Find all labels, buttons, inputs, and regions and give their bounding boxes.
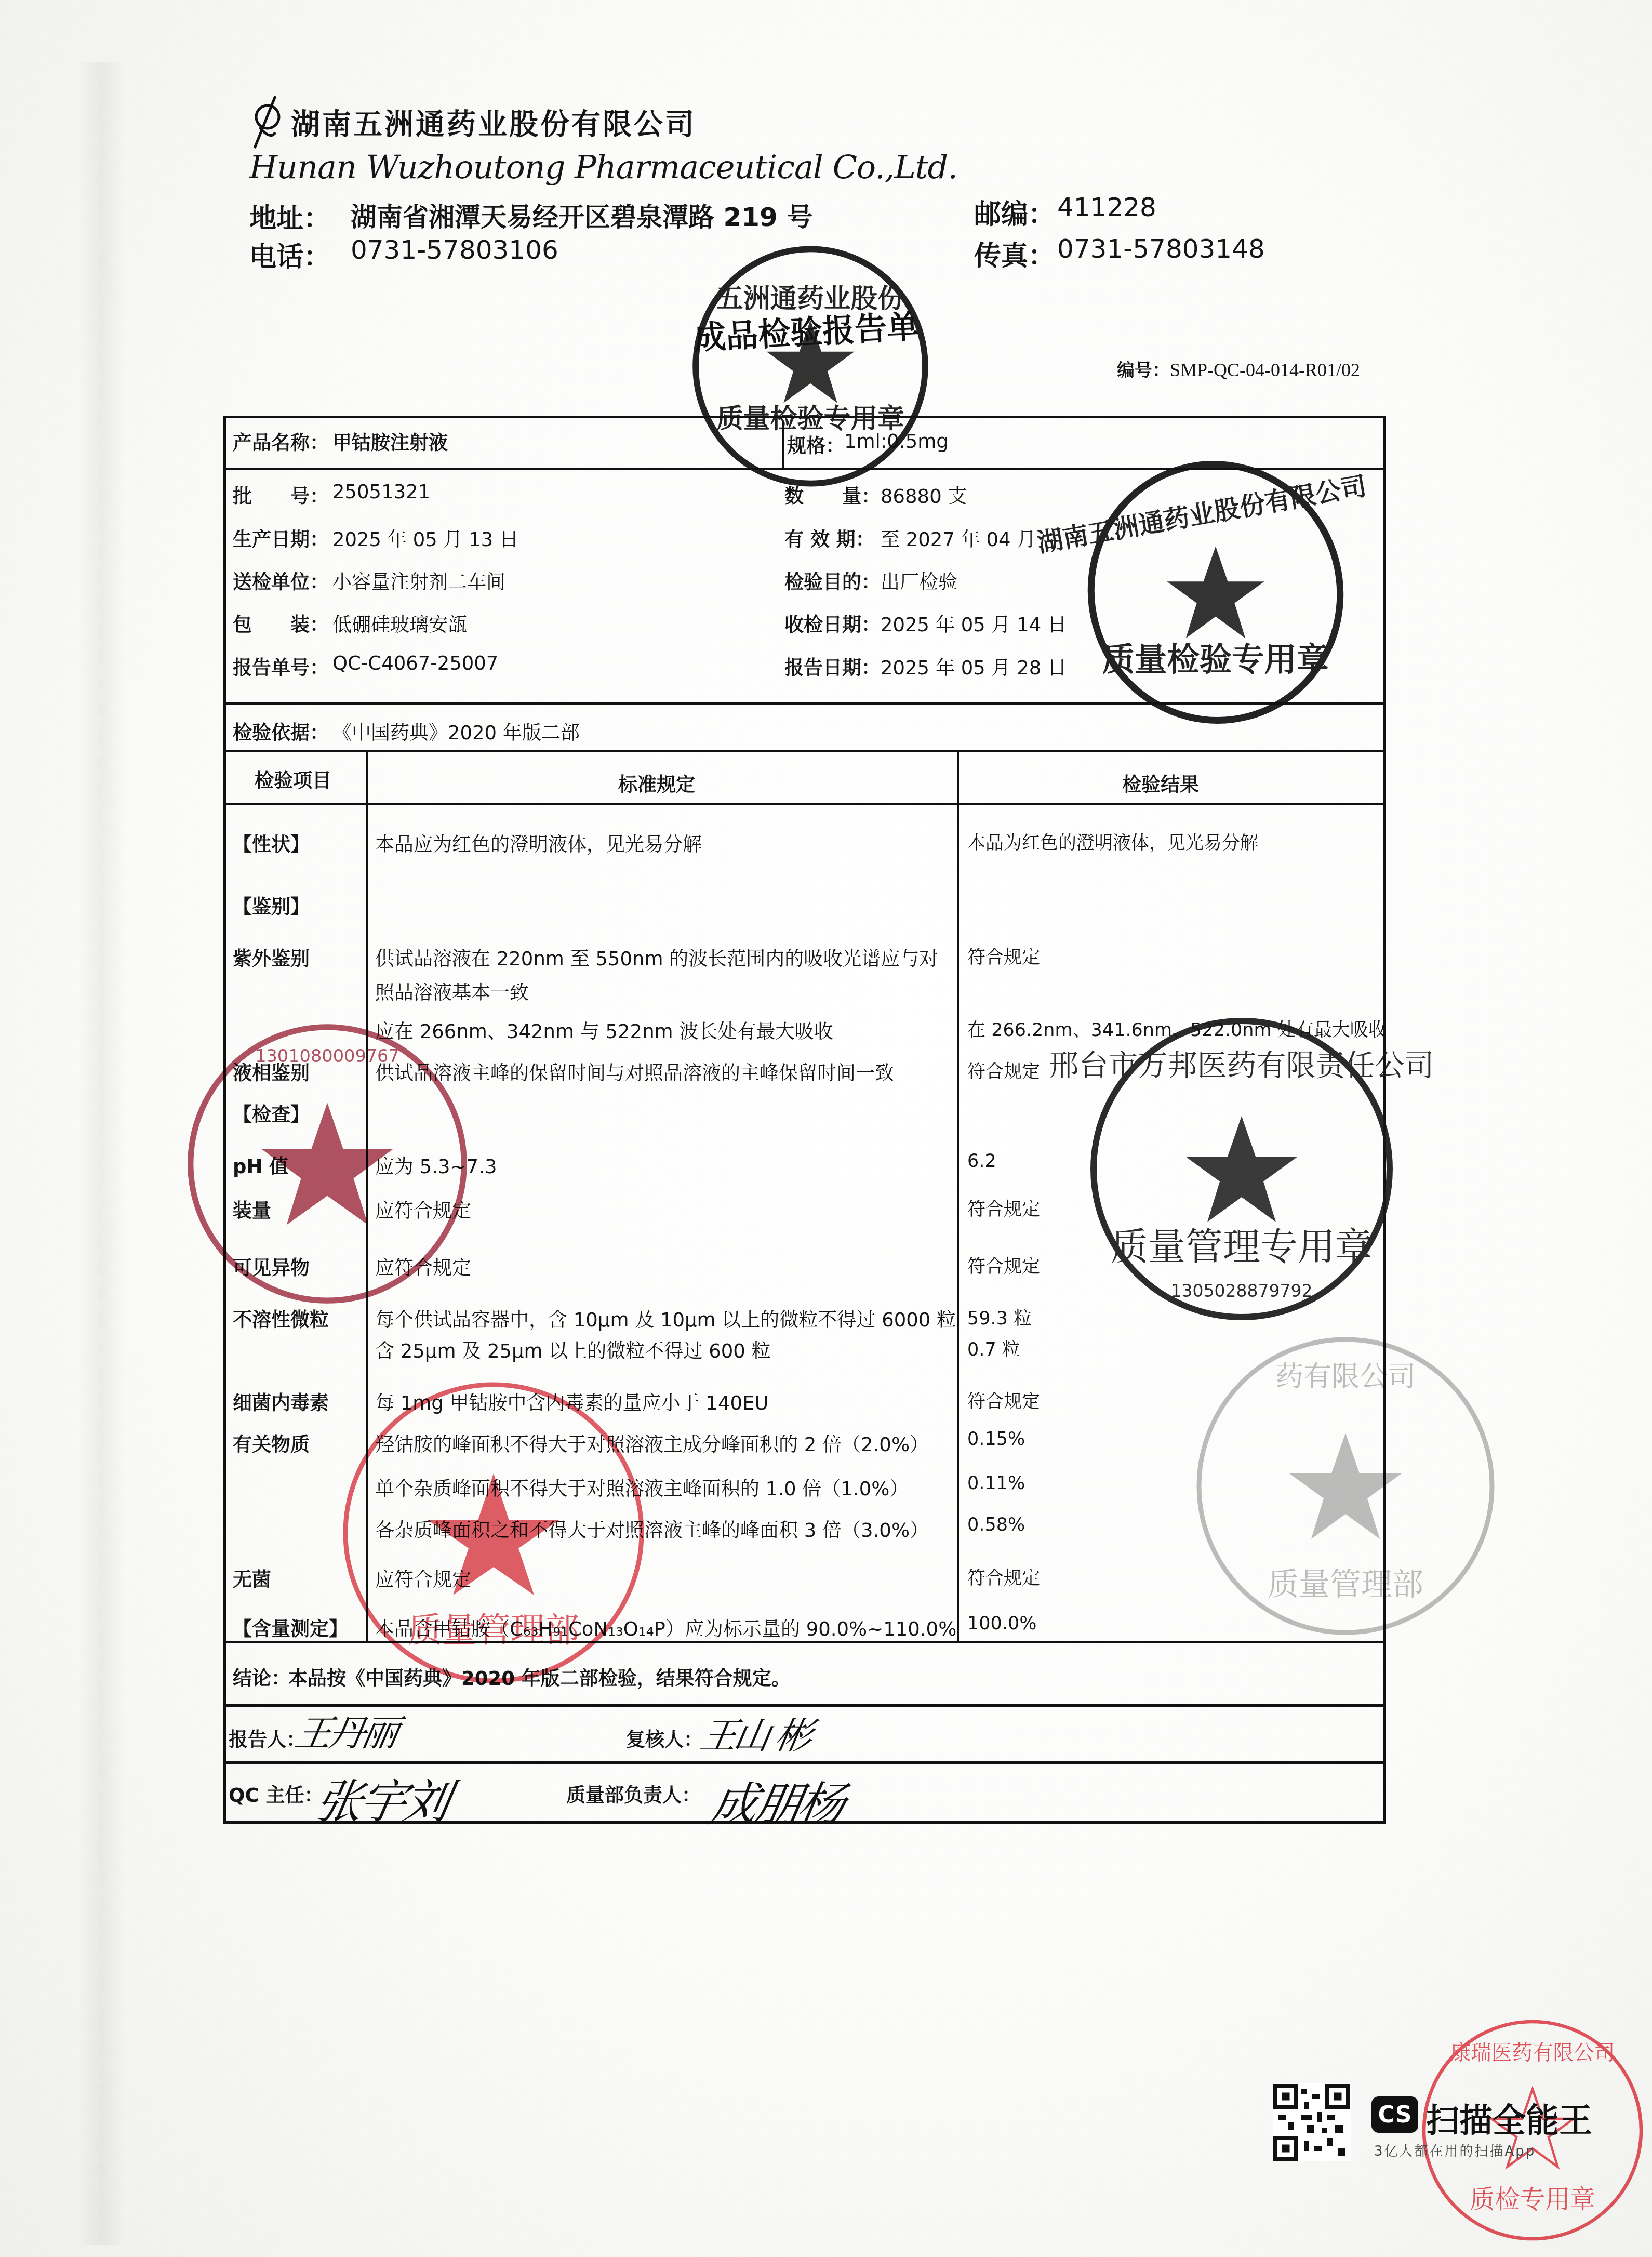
info-left-value: QC-C4067-25007 <box>332 652 498 674</box>
result-cell: 符合规定 <box>967 1564 1040 1590</box>
result-cell: 符合规定 <box>967 1387 1040 1413</box>
camscanner-logo-icon: CS <box>1371 2096 1418 2133</box>
result-cell: 符合规定 <box>967 1195 1040 1221</box>
divider <box>223 803 1383 805</box>
svg-text:质量检验专用章: 质量检验专用章 <box>716 403 904 434</box>
standard-cell: 含 25μm 及 25μm 以上的微粒不得过 600 粒 <box>375 1335 771 1363</box>
postcode-value: 411228 <box>1057 192 1156 222</box>
reviewer-label: 复核人： <box>626 1724 703 1752</box>
info-right-label: 检验目的： <box>784 566 881 594</box>
scan-shadow <box>78 62 125 2245</box>
result-cell: 6.2 <box>967 1151 996 1172</box>
address-label: 地址： <box>249 196 330 235</box>
stamp-icon: 质量管理部 <box>332 1377 655 1689</box>
svg-text:质量检验专用章: 质量检验专用章 <box>1102 641 1329 679</box>
qa-head-signature: 成朋杨 <box>706 1767 849 1834</box>
header-standard: 标准规定 <box>618 769 695 797</box>
test-item-cell: 【性状】 <box>233 829 310 857</box>
stamp-icon: 1301080009767 <box>171 1018 483 1309</box>
company-name-cn: 湖南五洲通药业股份有限公司 <box>291 101 696 143</box>
standard-cell: 照品溶液基本一致 <box>375 977 529 1005</box>
header-result: 检验结果 <box>1122 769 1199 797</box>
company-logo-icon <box>244 91 291 153</box>
basis-value: 《中国药典》2020 年版二部 <box>332 717 580 745</box>
stamp-icon: 五洲通药业股份 质量检验专用章 <box>686 244 935 488</box>
info-left-value: 小容量注射剂二车间 <box>332 566 505 594</box>
test-item-cell: 有关物质 <box>233 1429 310 1457</box>
test-item-cell: 细菌内毒素 <box>233 1387 329 1415</box>
phone-label: 电话： <box>249 235 330 274</box>
test-item-cell: 【含量测定】 <box>233 1613 348 1641</box>
info-right-value: 至 2027 年 04 月 <box>881 524 1036 552</box>
standard-cell: 供试品溶液在 220nm 至 550nm 的波长范围内的吸收光谱应与对 <box>375 943 938 971</box>
stamp-wanbang: 邢台市万邦医药有限责任公司 质量管理专用章 1305028879792 <box>1086 1013 1397 1325</box>
qc-head-signature: 张宇刘 <box>311 1764 454 1831</box>
svg-text:质检专用章: 质检专用章 <box>1470 2185 1595 2214</box>
info-right-value: 2025 年 05 月 14 日 <box>881 609 1067 637</box>
standard-cell: 本品应为红色的澄明液体，见光易分解 <box>375 829 702 857</box>
info-left-value: 2025 年 05 月 13 日 <box>332 524 518 552</box>
svg-text:质量管理部: 质量管理部 <box>1268 1566 1423 1603</box>
test-item-cell: 【鉴别】 <box>233 891 310 919</box>
result-cell: 本品为红色的澄明液体，见光易分解 <box>967 829 1258 855</box>
svg-text:邢台市万邦医药有限责任公司: 邢台市万邦医药有限责任公司 <box>1049 1048 1434 1083</box>
scanner-app-name: 扫描全能王 <box>1426 2094 1592 2142</box>
result-cell: 符合规定 <box>967 1252 1040 1278</box>
info-left-label: 批 号： <box>233 481 329 509</box>
scanner-app-slogan: 3亿人都在用的扫描App <box>1374 2141 1536 2160</box>
qc-head-label: QC 主任： <box>229 1780 324 1808</box>
stamp-red-left: 1301080009767 <box>171 1018 483 1309</box>
svg-text:质量管理专用章: 质量管理专用章 <box>1111 1225 1373 1268</box>
info-right-value: 2025 年 05 月 28 日 <box>881 652 1067 680</box>
column-divider <box>957 750 959 1641</box>
svg-text:1301080009767: 1301080009767 <box>255 1046 399 1066</box>
result-cell: 0.7 粒 <box>967 1335 1020 1361</box>
test-item-cell: 紫外鉴别 <box>233 943 310 971</box>
info-left-label: 报告单号： <box>233 652 329 680</box>
product-name-value: 甲钴胺注射液 <box>332 427 448 455</box>
fax-label: 传真： <box>974 234 1055 273</box>
stamp-report-title: 五洲通药业股份 质量检验专用章 <box>686 244 935 488</box>
stamp-icon: 湖南五洲通药业股份有限公司 质量检验专用章 <box>1081 457 1351 727</box>
stamp-quality-inspection: 湖南五洲通药业股份有限公司 质量检验专用章 <box>1081 457 1351 727</box>
result-cell: 符合规定 <box>967 1057 1040 1083</box>
info-right-label: 有 效 期： <box>784 524 875 552</box>
info-left-value: 低硼硅玻璃安瓿 <box>332 609 467 637</box>
stamp-icon: 药有限公司 质量管理部 <box>1184 1330 1507 1642</box>
address-value: 湖南省湘潭天易经开区碧泉潭路 219 号 <box>351 196 812 234</box>
stamp-gray-right: 药有限公司 质量管理部 <box>1184 1330 1507 1642</box>
product-name-label: 产品名称： <box>233 427 329 455</box>
reviewer-signature: 王山 彬 <box>697 1707 814 1759</box>
result-cell: 0.11% <box>967 1473 1025 1494</box>
info-left-value: 25051321 <box>332 481 430 503</box>
qa-head-label: 质量部负责人： <box>566 1780 701 1808</box>
document-code-value: SMP-QC-04-014-R01/02 <box>1170 360 1360 380</box>
result-cell: 符合规定 <box>967 943 1040 969</box>
postcode-label: 邮编： <box>974 192 1055 231</box>
test-item-cell: 无菌 <box>233 1564 271 1592</box>
info-left-label: 生产日期： <box>233 524 329 552</box>
result-cell: 0.15% <box>967 1429 1025 1450</box>
info-right-value: 出厂检验 <box>881 566 957 594</box>
svg-text:药有限公司: 药有限公司 <box>1275 1360 1416 1393</box>
svg-text:康瑞医药有限公司: 康瑞医药有限公司 <box>1450 2041 1615 2065</box>
stamp-red-center: 质量管理部 <box>332 1377 655 1689</box>
result-cell: 100.0% <box>967 1613 1036 1634</box>
svg-text:湖南五洲通药业股份有限公司: 湖南五洲通药业股份有限公司 <box>1035 471 1368 559</box>
document-code-label: 编号： <box>1117 360 1170 381</box>
phone-value: 0731-57803106 <box>351 235 558 265</box>
info-left-label: 送检单位： <box>233 566 329 594</box>
stamp-icon: 邢台市万邦医药有限责任公司 质量管理专用章 1305028879792 <box>1086 1013 1397 1325</box>
document-code: 编号：SMP-QC-04-014-R01/02 <box>1117 356 1360 381</box>
basis-label: 检验依据： <box>233 717 329 745</box>
company-name-en: Hunan Wuzhoutong Pharmaceutical Co.,Ltd. <box>249 148 957 186</box>
header-test-item: 检验项目 <box>255 765 331 793</box>
info-left-label: 包 装： <box>233 609 329 637</box>
qr-code-icon <box>1273 2083 1351 2161</box>
info-right-label: 报告日期： <box>784 652 881 680</box>
divider <box>223 750 1383 752</box>
result-cell: 59.3 粒 <box>967 1304 1032 1330</box>
reporter-signature: 王丹丽 <box>291 1704 401 1757</box>
info-right-label: 收检日期： <box>784 609 881 637</box>
conclusion-label: 结论： <box>233 1663 290 1691</box>
fax-value: 0731-57803148 <box>1057 234 1265 264</box>
result-cell: 0.58% <box>967 1515 1025 1535</box>
svg-text:1305028879792: 1305028879792 <box>1171 1281 1313 1301</box>
svg-text:质量管理部: 质量管理部 <box>408 1610 579 1650</box>
